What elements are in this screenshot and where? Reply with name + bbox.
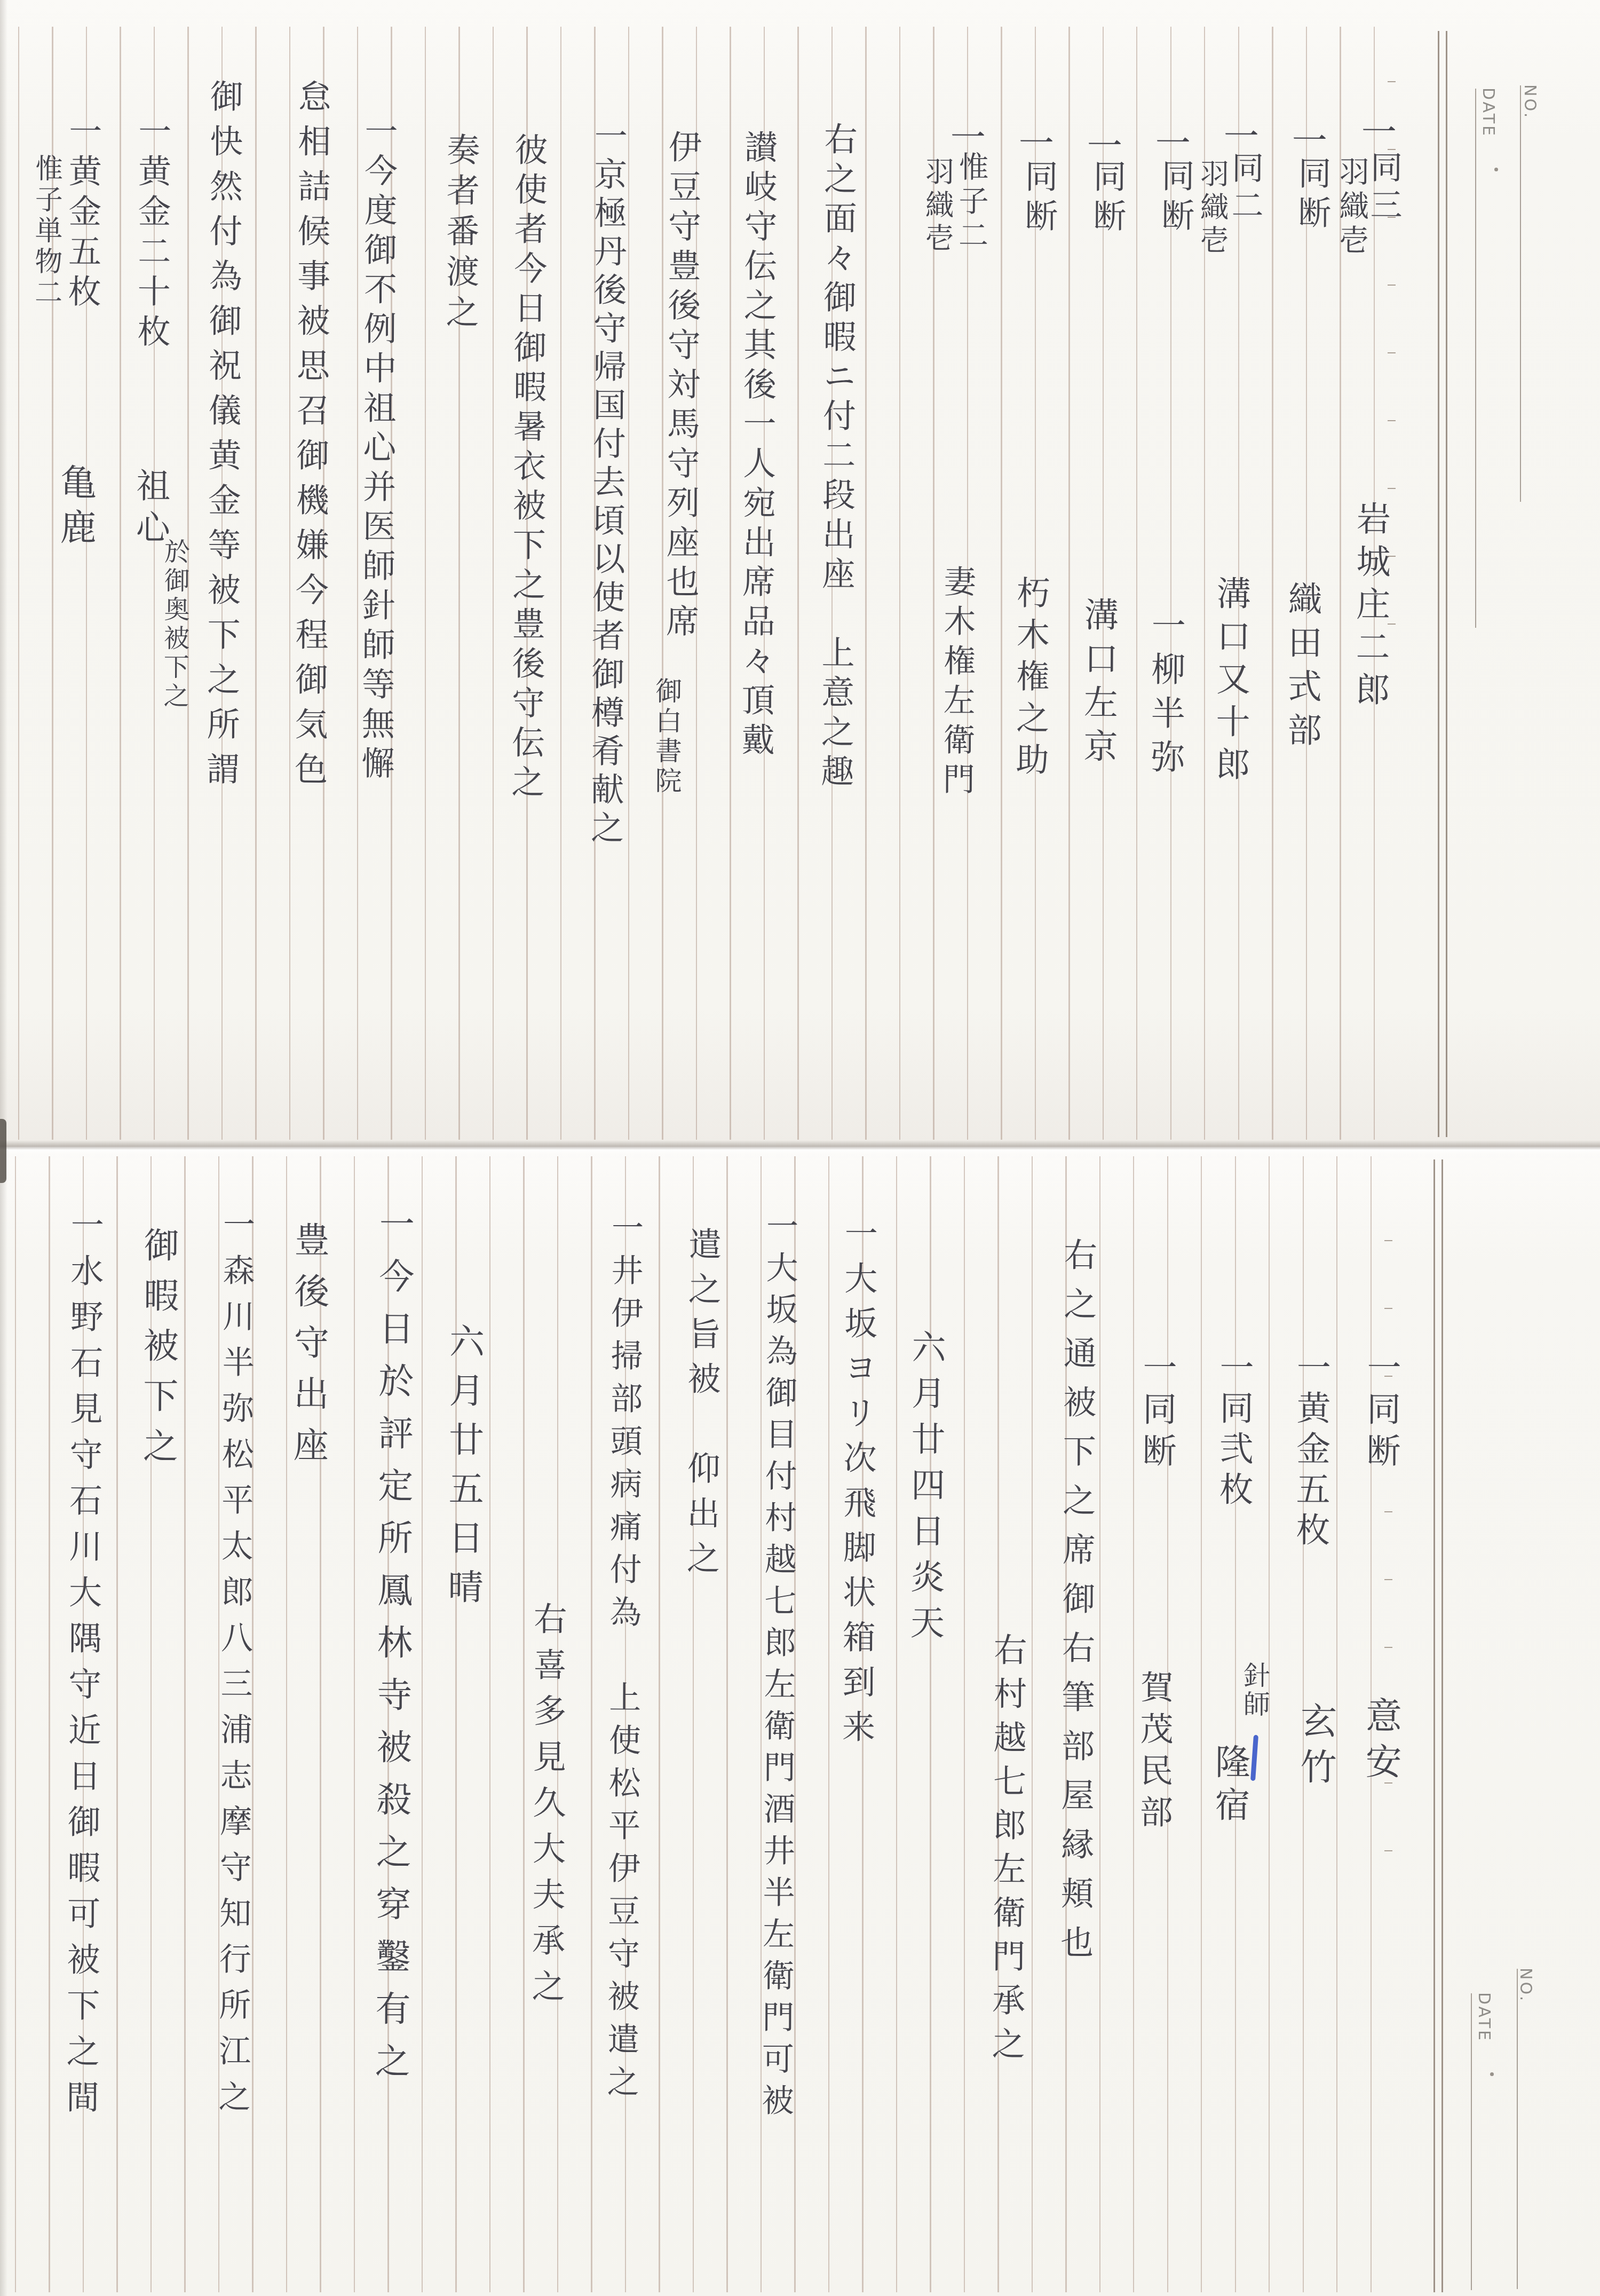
body-line-12: 一大坂ヨリ次飛脚状箱到来 <box>837 1216 876 1754</box>
entry6-name: 朽木権之助 <box>1011 575 1048 784</box>
date-rule-top <box>1475 89 1476 628</box>
no-rule-bottom <box>1517 1969 1518 2289</box>
margin-tick <box>1388 420 1396 421</box>
entry1-mark: 一 <box>1357 113 1395 148</box>
body-line-14: 遣之旨被 仰出之 <box>682 1227 719 1585</box>
body-line-8: 怠相詰候事被思召御機嫌今程御気色 <box>290 79 329 796</box>
margin-tick <box>1388 285 1396 286</box>
entry13-amount: 一同断 <box>1137 1350 1175 1474</box>
body-line-21: 一水野石見守石川大隅守近日御暇可被下之間 <box>61 1208 102 2126</box>
date-line-2: 六月廿五日晴 <box>443 1323 483 1618</box>
margin-tick <box>1388 149 1396 150</box>
body-line-3: 伊豆守豊後守対馬守列座也席 <box>661 130 700 643</box>
entry7-amount-main: 惟子二 <box>954 151 987 254</box>
margin-tick <box>1388 624 1396 625</box>
page-seam-shadow <box>0 1140 1600 1154</box>
body-line-17: 一今日於評定所鳳林寺被殺之穿鑿有之 <box>370 1205 413 2095</box>
entry4-mark: 一 <box>1151 124 1189 160</box>
entry12-amount: 一同弐枚 <box>1214 1350 1252 1512</box>
entry11-name: 玄竹 <box>1296 1702 1335 1794</box>
margin-tick <box>1388 81 1396 82</box>
left-edge-shadow <box>0 0 7 2296</box>
body-line-16: 右喜多見久大夫承之 <box>527 1601 565 2015</box>
body-line-20: 御暇被下之 <box>138 1227 178 1478</box>
body-line-5: 彼使者今日御暇暑衣被下之豊後守伝之 <box>507 132 546 804</box>
date-label-bottom: DATE <box>1475 1992 1493 2042</box>
entry12-name: 隆宿 <box>1210 1743 1249 1829</box>
entry8-note: 於御奥被下之 <box>160 538 188 711</box>
entry9-name: 亀鹿 <box>56 463 95 553</box>
entry1-amount-sub: 羽織壱 <box>1335 156 1367 258</box>
entry4-name: 一柳半弥 <box>1146 607 1184 783</box>
margin-tick <box>1384 1443 1392 1445</box>
body-line-15: 一井伊掃部頭病痛付為 上使松平伊豆守被遣之 <box>603 1211 643 2108</box>
body-line-1: 右之面々御暇ニ付二段出座 上意之趣 <box>817 122 856 793</box>
date-line-1: 六月廿四日炎天 <box>905 1329 944 1651</box>
date-rule-bottom <box>1471 1993 1472 2290</box>
body-line-7: 一今度御不例中祖心并医師針師等無懈 <box>357 114 397 785</box>
entry5-name: 溝口左京 <box>1079 597 1116 772</box>
date-dot-top <box>1494 168 1498 171</box>
body-line-3-note: 御白書院 <box>652 677 681 796</box>
entry2-amount-main: 同断 <box>1294 156 1330 235</box>
date-dot-bottom <box>1490 2072 1494 2076</box>
entry3-amount-sub: 羽織壱 <box>1197 159 1228 258</box>
entry12-role-note: 針師 <box>1240 1661 1270 1719</box>
entry10-amount: 一同断 <box>1361 1350 1399 1474</box>
margin-tick <box>1384 1850 1392 1851</box>
entry6-amount-main: 同断 <box>1020 159 1057 238</box>
entry9-amount: 一黄金五枚 <box>64 114 100 314</box>
no-label-top: NO. <box>1520 84 1539 120</box>
body-line-18: 豊後守出座 <box>289 1221 328 1478</box>
margin-tick <box>1388 217 1396 218</box>
entry8-amount: 一黄金二十枚 <box>133 114 170 354</box>
entry7-name: 妻木権左衛門 <box>939 565 975 802</box>
entry4-amount-main: 同断 <box>1157 159 1193 238</box>
entry3-amount-main: 同二 <box>1227 151 1263 226</box>
margin-double-rule-top <box>1438 31 1447 1137</box>
entry3-mark: 一 <box>1219 117 1257 153</box>
margin-tick <box>1388 352 1396 353</box>
scanned-notebook-spread: NO. DATE NO. DATE 一同三羽織壱岩城庄二郎一同断織田式部一同二羽… <box>0 0 1600 2296</box>
margin-tick <box>1384 1240 1392 1241</box>
margin-tick <box>1384 1376 1392 1377</box>
margin-tick <box>1388 488 1396 489</box>
entry10-name: 意安 <box>1361 1697 1400 1788</box>
body-line-13: 一大坂為御目付村越七郎左衛門酒井半左衛門可被 <box>758 1209 797 2125</box>
entry9-amount-sub: 惟子単物二 <box>30 154 61 309</box>
margin-tick <box>1388 556 1396 557</box>
entry3-name: 溝口又十郎 <box>1211 575 1249 789</box>
body-line-10: 右之通被下之席御右筆部屋縁頬也 <box>1056 1237 1095 1974</box>
margin-tick <box>1384 1308 1392 1309</box>
body-line-6: 奏者番渡之 <box>441 132 478 335</box>
margin-tick <box>1384 1511 1392 1512</box>
margin-tick <box>1384 1782 1392 1784</box>
entry7-amount-sub: 羽織壱 <box>922 156 953 256</box>
margin-tick <box>1384 1647 1392 1648</box>
body-line-9: 御快然付為御祝儀黄金等被下之所謂 <box>202 79 241 796</box>
entry11-amount: 一黄金五枚 <box>1291 1350 1329 1552</box>
body-line-11: 右村越七郎左衛門承之 <box>987 1632 1025 2070</box>
entry2-name: 織田式部 <box>1282 581 1320 756</box>
entry6-mark: 一 <box>1014 124 1052 160</box>
entry5-mark: 一 <box>1082 127 1121 162</box>
body-line-19: 一森川半弥松平太郎八三浦志摩守知行所江之 <box>214 1208 254 2126</box>
no-rule-top <box>1520 85 1521 502</box>
margin-tick <box>1384 1715 1392 1716</box>
entry1-name: 岩城庄二郎 <box>1351 501 1389 714</box>
no-label-bottom: NO. <box>1516 1968 1535 2003</box>
margin-double-rule-bottom <box>1433 1159 1443 2292</box>
margin-tick <box>1384 1579 1392 1580</box>
entry1-amount-main: 同三 <box>1366 151 1401 225</box>
date-label-top: DATE <box>1479 88 1498 138</box>
body-line-4: 一京極丹後守帰国付去頃以使者御樽肴献之 <box>586 119 625 849</box>
entry7-mark: 一 <box>946 119 984 154</box>
body-line-2: 讃岐守伝之其後一人宛出席品々頂戴 <box>737 130 776 762</box>
entry2-mark: 一 <box>1287 122 1326 157</box>
entry13-name: 賀茂民部 <box>1135 1670 1172 1836</box>
entry5-amount-main: 同断 <box>1089 159 1125 238</box>
